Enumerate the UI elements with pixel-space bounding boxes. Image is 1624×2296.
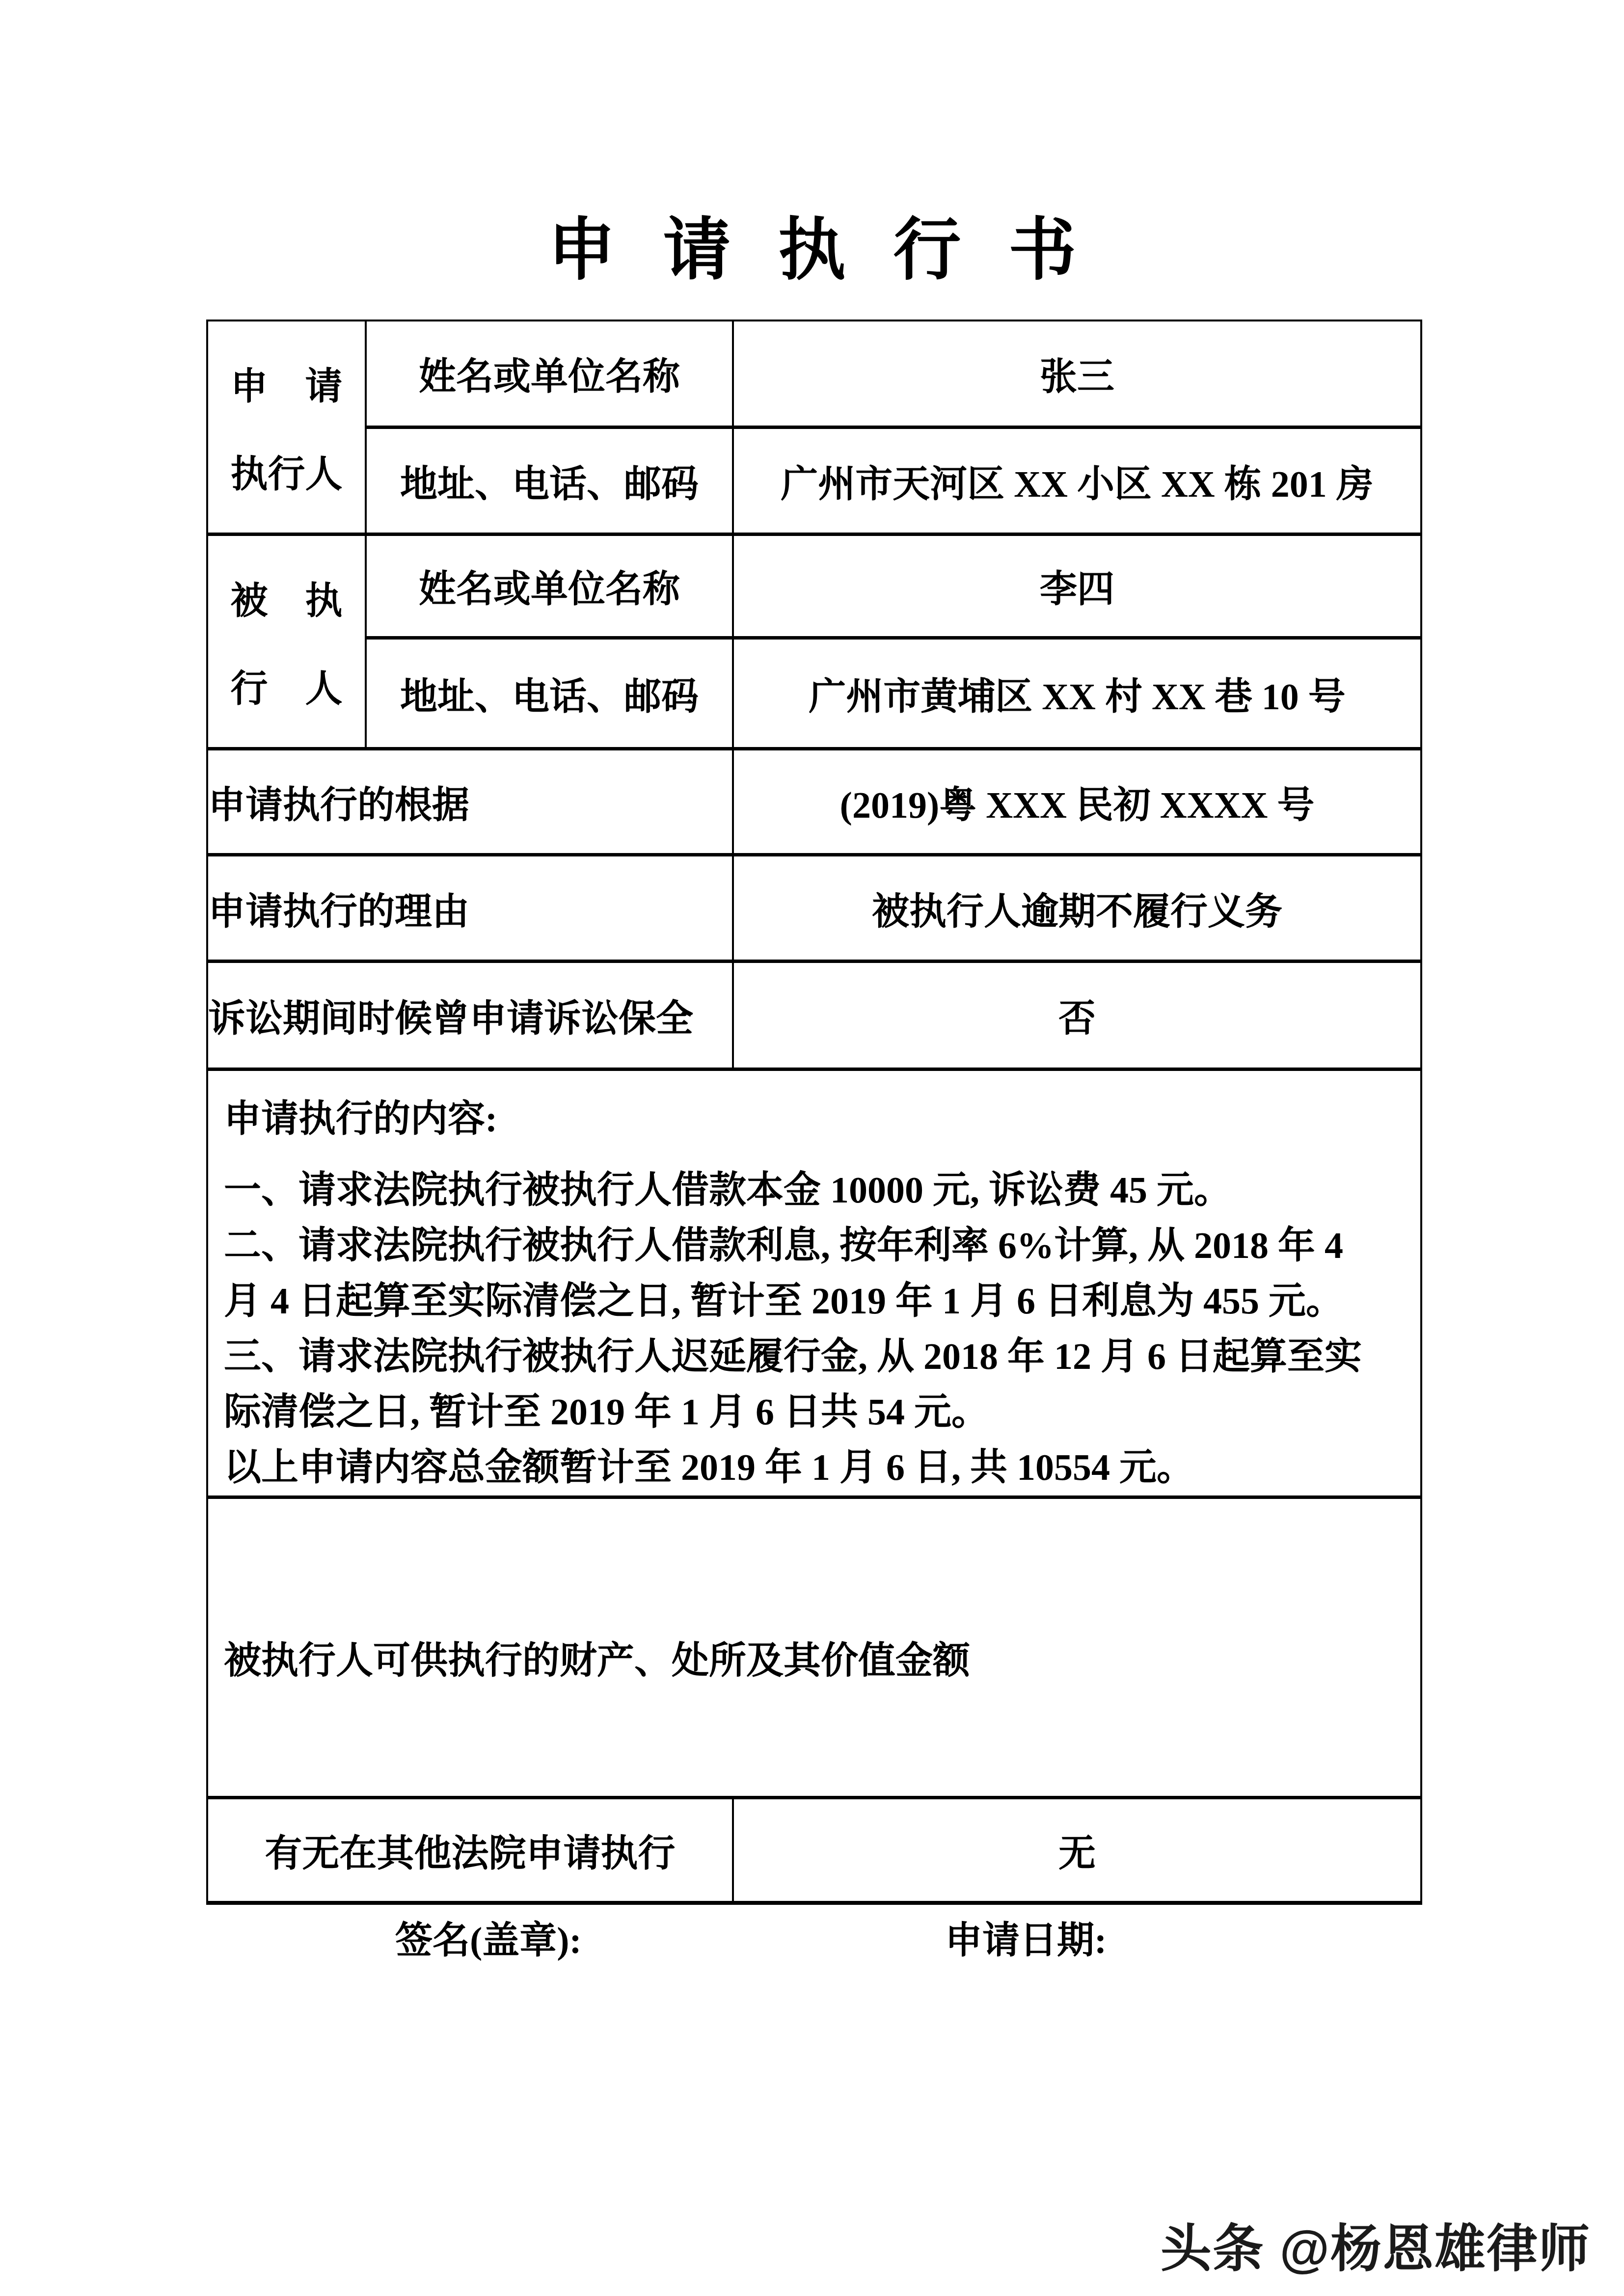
content-cell: 申请执行的内容: 一、请求法院执行被执行人借款本金 10000 元, 诉讼费 4… xyxy=(207,1069,1421,1497)
applicant-name-label: 姓名或单位名称 xyxy=(366,320,733,427)
application-form-table: 申 请 执行人 姓名或单位名称 张三 地址、电话、邮码 广州市天河区 XX 小区… xyxy=(206,320,1422,1905)
preservation-value: 否 xyxy=(733,961,1421,1069)
property-label: 被执行人可供执行的财产、处所及其价值金额 xyxy=(208,1611,1420,1684)
application-date-label: 申请日期: xyxy=(945,1910,1107,1964)
applicant-role-line2: 执行人 xyxy=(231,444,343,498)
respondent-name-label: 姓名或单位名称 xyxy=(366,534,733,638)
table-row: 申请执行的根据 (2019)粤 XXX 民初 XXXX 号 xyxy=(207,749,1421,855)
table-row: 申 请 执行人 姓名或单位名称 张三 xyxy=(207,320,1421,427)
property-cell: 被执行人可供执行的财产、处所及其价值金额 xyxy=(207,1497,1421,1798)
respondent-role-lines: 被 执 行 人 xyxy=(208,536,365,747)
content-line: 月 4 日起算至实际清偿之日, 暂计至 2019 年 1 月 6 日利息为 45… xyxy=(224,1274,1403,1329)
table-row: 被 执 行 人 姓名或单位名称 李四 xyxy=(207,534,1421,638)
toutiao-watermark: 头条 @杨恩雄律师 xyxy=(1161,2208,1591,2281)
table-row: 地址、电话、邮码 广州市黄埔区 XX 村 XX 巷 10 号 xyxy=(207,638,1421,748)
applicant-address-value: 广州市天河区 XX 小区 XX 栋 201 房 xyxy=(733,427,1421,534)
table-row: 申请执行的理由 被执行人逾期不履行义务 xyxy=(207,855,1421,961)
table-row: 申请执行的内容: 一、请求法院执行被执行人借款本金 10000 元, 诉讼费 4… xyxy=(207,1069,1421,1497)
content-line: 二、请求法院执行被执行人借款利息, 按年利率 6%计算, 从 2018 年 4 xyxy=(224,1218,1403,1274)
table-row: 有无在其他法院申请执行 无 xyxy=(207,1798,1421,1903)
respondent-name-value: 李四 xyxy=(733,534,1421,638)
content-heading: 申请执行的内容: xyxy=(224,1092,1403,1147)
content-line: 一、请求法院执行被执行人借款本金 10000 元, 诉讼费 45 元。 xyxy=(224,1163,1403,1218)
document-page: 申请执行书 申 请 执行人 姓名或单位名称 张三 地址、电话、邮码 广州市天河区… xyxy=(0,0,1624,2296)
content-line: 三、请求法院执行被执行人迟延履行金, 从 2018 年 12 月 6 日起算至实 xyxy=(224,1329,1403,1385)
signature-row: 签名(盖章): 申请日期: xyxy=(0,1910,1624,1964)
respondent-address-label: 地址、电话、邮码 xyxy=(366,638,733,748)
other-court-label: 有无在其他法院申请执行 xyxy=(207,1798,733,1903)
content-block: 申请执行的内容: 一、请求法院执行被执行人借款本金 10000 元, 诉讼费 4… xyxy=(208,1071,1420,1495)
respondent-role-line2: 行 人 xyxy=(231,659,343,712)
respondent-role-line1: 被 执 xyxy=(231,571,343,624)
basis-value: (2019)粤 XXX 民初 XXXX 号 xyxy=(733,749,1421,855)
page-title: 申请执行书 xyxy=(0,195,1624,293)
content-line: 以上申请内容总金额暂计至 2019 年 1 月 6 日, 共 10554 元。 xyxy=(224,1440,1403,1495)
respondent-role-cell: 被 执 行 人 xyxy=(207,534,366,749)
content-line: 际清偿之日, 暂计至 2019 年 1 月 6 日共 54 元。 xyxy=(224,1385,1403,1440)
table-row: 诉讼期间时候曾申请诉讼保全 否 xyxy=(207,961,1421,1069)
basis-label: 申请执行的根据 xyxy=(207,749,733,855)
respondent-address-value: 广州市黄埔区 XX 村 XX 巷 10 号 xyxy=(733,638,1421,748)
applicant-role-cell: 申 请 执行人 xyxy=(207,320,366,534)
applicant-role-lines: 申 请 执行人 xyxy=(208,321,365,533)
applicant-role-line1: 申 请 xyxy=(231,356,343,410)
applicant-address-label: 地址、电话、邮码 xyxy=(366,427,733,534)
reason-value: 被执行人逾期不履行义务 xyxy=(733,855,1421,961)
applicant-name-value: 张三 xyxy=(733,320,1421,427)
other-court-value: 无 xyxy=(733,1798,1421,1903)
preservation-label: 诉讼期间时候曾申请诉讼保全 xyxy=(207,961,733,1069)
table-row: 被执行人可供执行的财产、处所及其价值金额 xyxy=(207,1497,1421,1798)
signature-label: 签名(盖章): xyxy=(395,1910,582,1964)
table-row: 地址、电话、邮码 广州市天河区 XX 小区 XX 栋 201 房 xyxy=(207,427,1421,534)
reason-label: 申请执行的理由 xyxy=(207,855,733,961)
